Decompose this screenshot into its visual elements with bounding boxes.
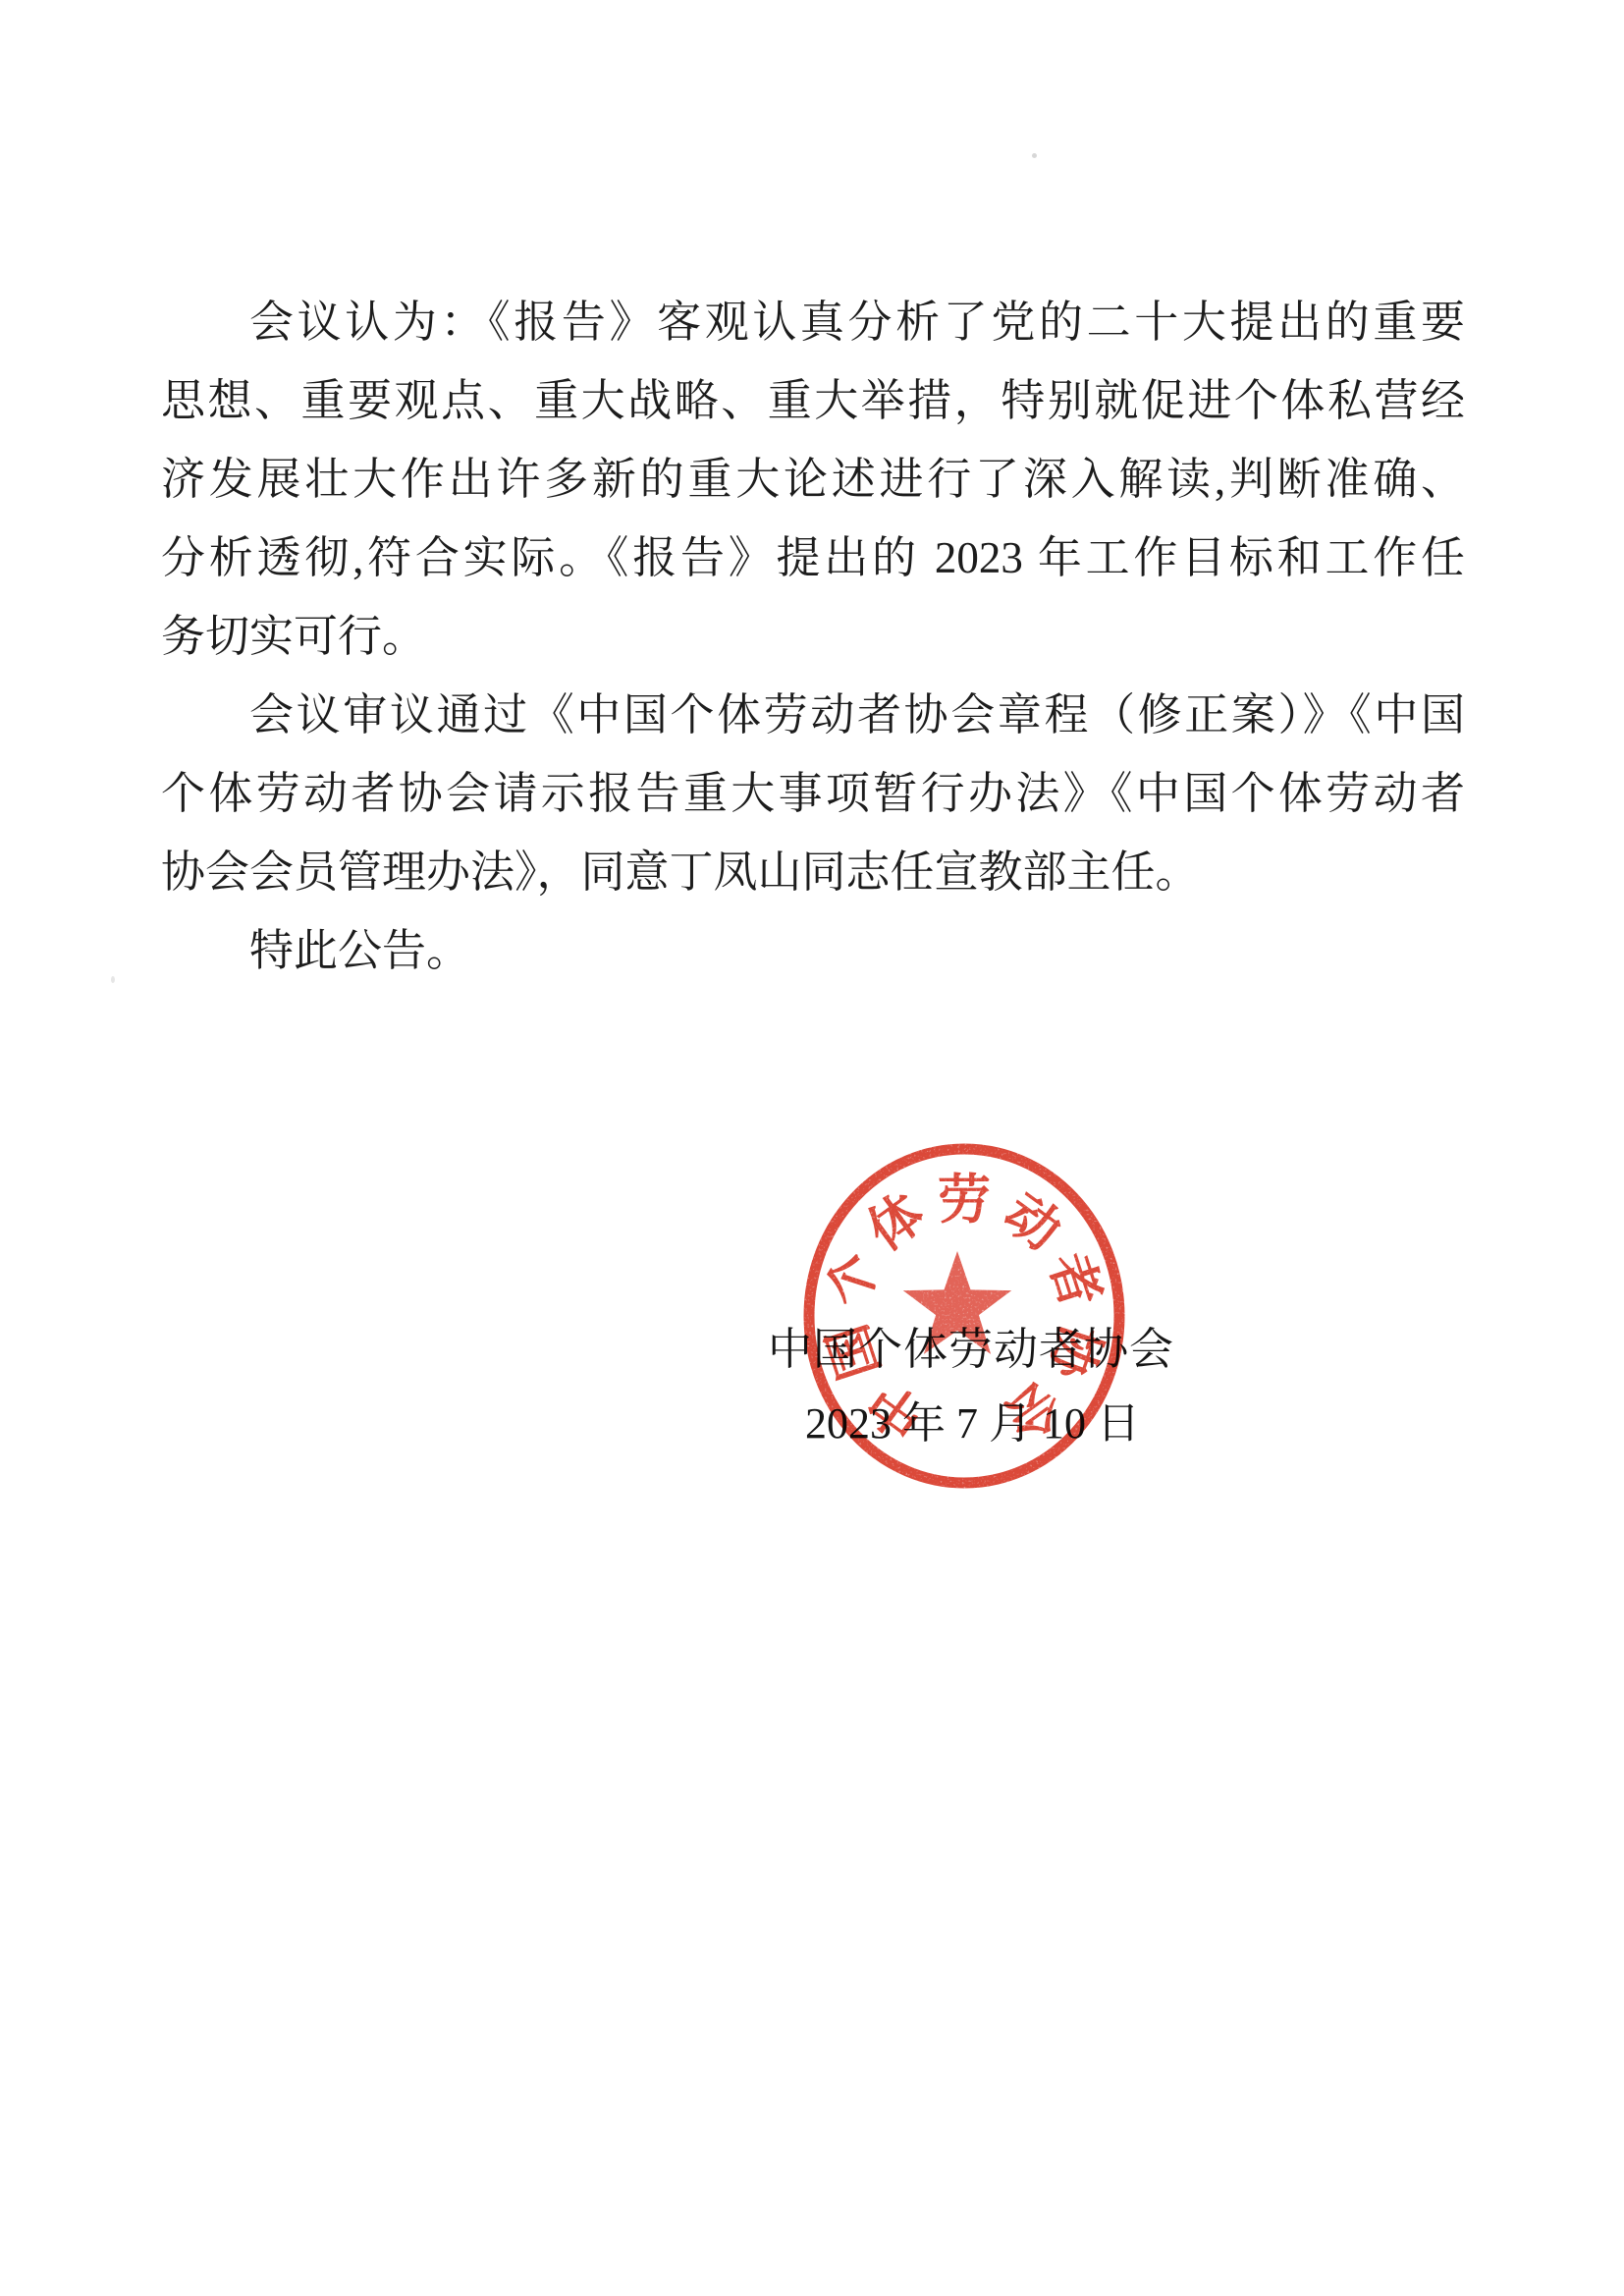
seal-character: 中 bbox=[857, 1370, 935, 1449]
star-icon bbox=[903, 1251, 1011, 1354]
body-line: 会议审议通过《中国个体劳动者协会章程（修正案）》《中国 bbox=[161, 676, 1465, 754]
seal-character: 个 bbox=[818, 1246, 891, 1315]
body-line: 特此公告。 bbox=[161, 911, 1465, 990]
body-line: 个体劳动者协会请示报告重大事项暂行办法》《中国个体劳动者 bbox=[161, 754, 1465, 833]
seal-character: 劳 bbox=[938, 1171, 991, 1230]
seal-character: 会 bbox=[994, 1370, 1071, 1449]
scan-artifact-dot bbox=[1032, 153, 1037, 158]
seal-character: 体 bbox=[857, 1182, 935, 1261]
seal-graphic: 中国个体劳动者协会 bbox=[784, 1131, 1145, 1504]
body-line: 会议认为：《报告》客观认真分析了党的二十大提出的重要 bbox=[161, 283, 1465, 361]
seal-character: 动 bbox=[994, 1182, 1071, 1261]
seal-character: 者 bbox=[1038, 1246, 1110, 1315]
body-line: 务切实可行。 bbox=[161, 597, 1465, 676]
scan-artifact-mark bbox=[111, 976, 115, 983]
body-line: 济发展壮大作出许多新的重大论述进行了深入解读,判断准确、 bbox=[161, 440, 1465, 519]
body-line: 思想、重要观点、重大战略、重大举措，特别就促进个体私营经 bbox=[161, 361, 1465, 440]
announcement-body: 会议认为：《报告》客观认真分析了党的二十大提出的重要思想、重要观点、重大战略、重… bbox=[161, 283, 1465, 990]
official-seal: 中国个体劳动者协会 bbox=[784, 1131, 1145, 1504]
seal-character: 国 bbox=[818, 1318, 891, 1387]
body-line: 协会会员管理办法》，同意丁凤山同志任宣教部主任。 bbox=[161, 833, 1465, 911]
body-line: 分析透彻,符合实际。《报告》提出的 2023 年工作目标和工作任 bbox=[161, 519, 1465, 597]
document-page: 会议认为：《报告》客观认真分析了党的二十大提出的重要思想、重要观点、重大战略、重… bbox=[0, 0, 1624, 2296]
seal-character: 协 bbox=[1038, 1318, 1110, 1389]
